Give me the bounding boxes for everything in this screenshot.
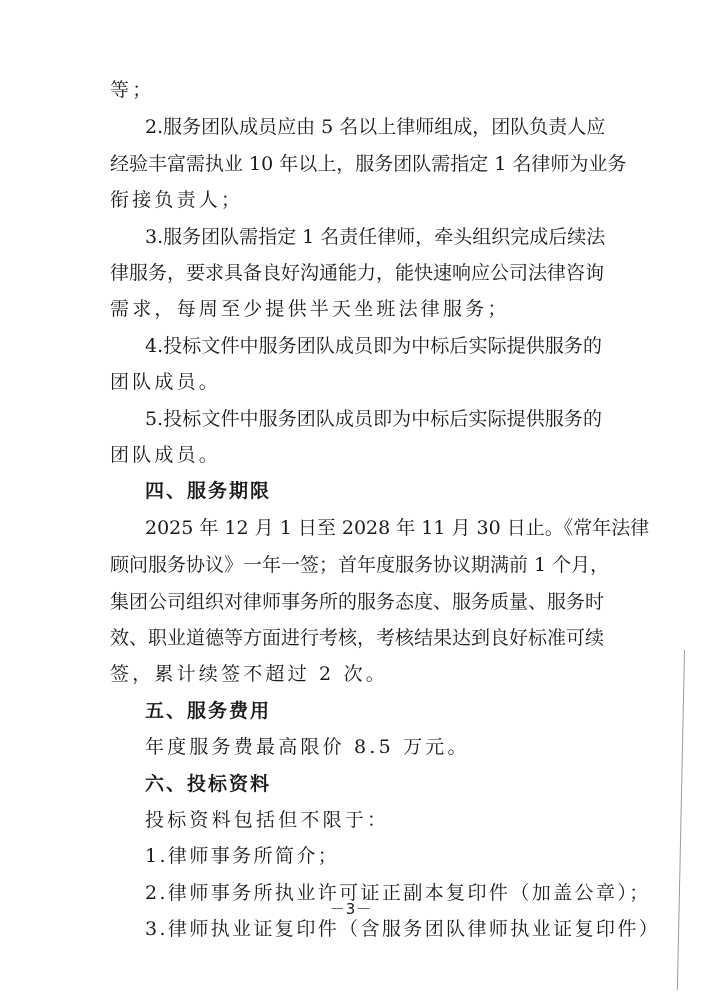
paragraph-line: 团队成员。 xyxy=(110,370,221,394)
paragraph-line: 签，累计续签不超过 2 次。 xyxy=(110,662,388,686)
paragraph-line: 衔接负责人； xyxy=(110,188,243,212)
paragraph-line: 3.服务团队需指定 1 名责任律师，牵头组织完成后续法 xyxy=(145,225,602,249)
paragraph-line: 2025 年 12 月 1 日至 2028 年 11 月 30 日止。《常年法律 xyxy=(145,516,602,540)
section-heading: 四、服务期限 xyxy=(145,479,271,503)
paragraph-line: 2.服务团队成员应由 5 名以上律师组成，团队负责人应 xyxy=(145,115,602,139)
scan-edge-line xyxy=(677,650,685,990)
paragraph-line: 投标资料包括但不限于： xyxy=(145,808,389,832)
paragraph-line: 集团公司组织对律师事务所的服务态度、服务质量、服务时 xyxy=(110,590,602,614)
list-item: 3.律师执业证复印件（含服务团队律师执业证复印件） xyxy=(145,917,660,941)
paragraph-line: 4.投标文件中服务团队成员即为中标后实际提供服务的 xyxy=(145,334,602,358)
paragraph-line: 经验丰富需执业 10 年以上，服务团队需指定 1 名律师为业务 xyxy=(110,152,602,176)
paragraph-line: 效、职业道德等方面进行考核，考核结果达到良好标准可续 xyxy=(110,626,602,650)
paragraph-line: 等； xyxy=(110,78,154,102)
paragraph-line: 顾问服务协议》一年一签；首年度服务协议期满前 1 个月， xyxy=(110,553,602,577)
paragraph-line: 律服务，要求具备良好沟通能力，能快速响应公司法律咨询 xyxy=(110,261,602,285)
section-heading: 五、服务费用 xyxy=(145,699,271,723)
section-heading: 六、投标资料 xyxy=(145,772,271,796)
page-number: －3－ xyxy=(0,898,702,919)
paragraph-line: 需求，每周至少提供半天坐班法律服务； xyxy=(110,297,510,321)
paragraph-line: 团队成员。 xyxy=(110,443,221,467)
document-page: 等；2.服务团队成员应由 5 名以上律师组成，团队负责人应经验丰富需执业 10 … xyxy=(0,0,702,1000)
paragraph-line: 5.投标文件中服务团队成员即为中标后实际提供服务的 xyxy=(145,407,602,431)
paragraph-line: 年度服务费最高限价 8.5 万元。 xyxy=(145,735,470,759)
list-item: 1.律师事务所简介； xyxy=(145,844,339,868)
